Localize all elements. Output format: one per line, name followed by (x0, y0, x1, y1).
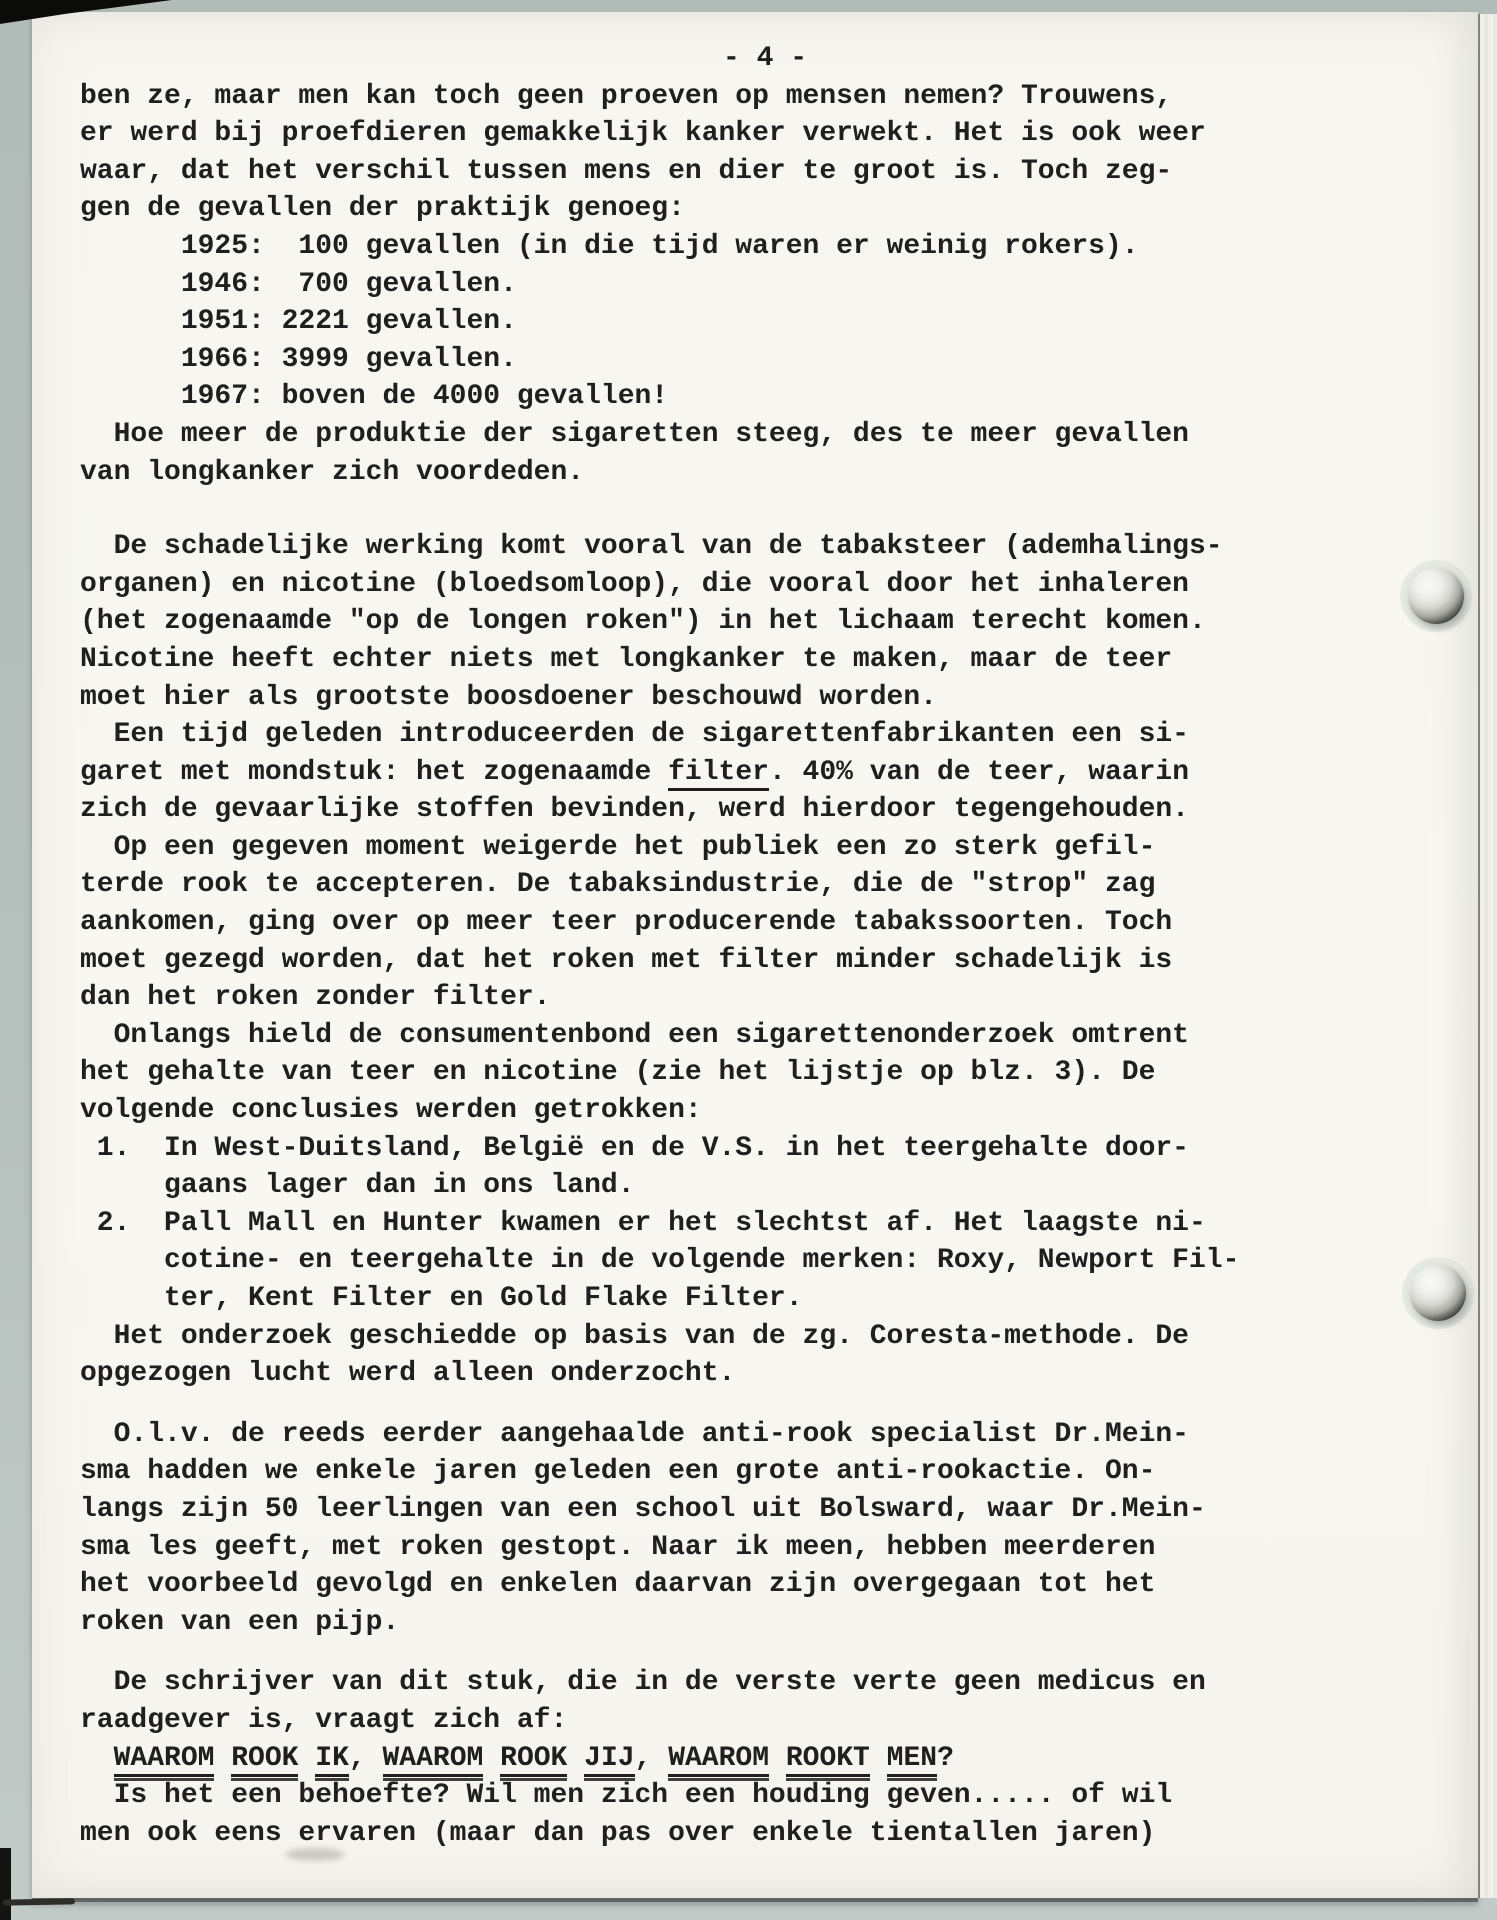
text-segment: terde rook te accepteren. De tabaksindus… (80, 869, 1155, 900)
text-segment: volgende conclusies werden getrokken: (80, 1095, 702, 1126)
underlined-text: IK (315, 1745, 349, 1777)
text-segment (214, 1743, 231, 1774)
text-line: aankomen, ging over op meer teer produce… (80, 904, 1239, 942)
underlined-text: ROOK (231, 1745, 298, 1777)
text-line: roken van een pijp. (80, 1604, 1239, 1642)
text-line: langs zijn 50 leerlingen van een school … (80, 1491, 1239, 1529)
scan-edge-mark-foot (3, 1898, 75, 1905)
text-segment: men ook eens ervaren (maar dan pas over … (80, 1818, 1155, 1849)
text-line: (het zogenaamde "op de longen roken") in… (80, 603, 1239, 641)
text-segment: Het onderzoek geschiedde op basis van de… (80, 1321, 1189, 1352)
text-line: sma les geeft, met roken gestopt. Naar i… (80, 1529, 1239, 1567)
text-segment: langs zijn 50 leerlingen van een school … (80, 1494, 1206, 1525)
text-line: Nicotine heeft echter niets met longkank… (80, 641, 1239, 679)
text-line: 1951: 2221 gevallen. (80, 303, 1239, 341)
text-segment: ben ze, maar men kan toch geen proeven o… (80, 81, 1172, 112)
text-segment: Is het een behoefte? Wil men zich een ho… (80, 1780, 1172, 1811)
text-segment: cotine- en teergehalte in de volgende me… (80, 1245, 1239, 1276)
text-line: garet met mondstuk: het zogenaamde filte… (80, 754, 1239, 792)
text-line: Een tijd geleden introduceerden de sigar… (80, 716, 1239, 754)
text-line: 1946: 700 gevallen. (80, 266, 1239, 304)
text-segment: Onlangs hield de consumentenbond een sig… (80, 1020, 1189, 1051)
text-line: moet hier als grootste boosdoener bescho… (80, 679, 1239, 717)
binder-fastener-top (1408, 568, 1464, 624)
text-segment: het voorbeeld gevolgd en enkelen daarvan… (80, 1569, 1155, 1600)
text-line: het voorbeeld gevolgd en enkelen daarvan… (80, 1566, 1239, 1604)
underlined-text: ROOK (500, 1745, 567, 1777)
page-number: - 4 - (80, 40, 1239, 78)
text-segment: 1. In West-Duitsland, België en de V.S. … (80, 1133, 1189, 1164)
text-segment: Nicotine heeft echter niets met longkank… (80, 644, 1172, 675)
text-segment: sma hadden we enkele jaren geleden een g… (80, 1456, 1155, 1487)
text-line: De schadelijke werking komt vooral van d… (80, 528, 1239, 566)
text-line: ter, Kent Filter en Gold Flake Filter. (80, 1280, 1239, 1318)
text-line: 2. Pall Mall en Hunter kwamen er het sle… (80, 1205, 1239, 1243)
ink-smudge (286, 1848, 344, 1861)
underlined-text: JIJ (584, 1745, 634, 1777)
text-line: sma hadden we enkele jaren geleden een g… (80, 1453, 1239, 1491)
text-segment: ter, Kent Filter en Gold Flake Filter. (80, 1283, 803, 1314)
text-segment: zich de gevaarlijke stoffen bevinden, we… (80, 794, 1189, 825)
text-segment: 1925: 100 gevallen (in die tijd waren er… (80, 231, 1139, 262)
text-line: 1967: boven de 4000 gevallen! (80, 378, 1239, 416)
text-segment: 1966: 3999 gevallen. (80, 344, 517, 375)
text-segment: het gehalte van teer en nicotine (zie he… (80, 1057, 1155, 1088)
paragraph-gap (80, 1641, 90, 1664)
underlined-text: WAAROM (114, 1745, 215, 1777)
text-segment: organen) en nicotine (bloedsomloop), die… (80, 569, 1189, 600)
text-segment: 1946: 700 gevallen. (80, 269, 517, 300)
text-segment: garet met mondstuk: het zogenaamde (80, 757, 668, 788)
text-line: ben ze, maar men kan toch geen proeven o… (80, 78, 1239, 116)
underlined-text: filter (668, 759, 769, 791)
text-segment: aankomen, ging over op meer teer produce… (80, 907, 1172, 938)
underlined-text: WAAROM (383, 1745, 484, 1777)
text-segment: De schadelijke werking komt vooral van d… (80, 531, 1223, 562)
text-segment: moet hier als grootste boosdoener bescho… (80, 682, 937, 713)
text-line: De schrijver van dit stuk, die in de ver… (80, 1664, 1239, 1702)
text-segment: . 40% van de teer, waarin (769, 757, 1189, 788)
document-content: - 4 - ben ze, maar men kan toch geen pro… (80, 40, 1239, 1852)
underlined-text: WAAROM (668, 1745, 769, 1777)
text-line: Op een gegeven moment weigerde het publi… (80, 829, 1239, 867)
text-segment: moet gezegd worden, dat het roken met fi… (80, 945, 1172, 976)
text-segment (870, 1743, 887, 1774)
text-line: van longkanker zich voordeden. (80, 454, 1239, 492)
text-segment: (het zogenaamde "op de longen roken") in… (80, 606, 1206, 637)
text-line: moet gezegd worden, dat het roken met fi… (80, 942, 1239, 980)
text-line: er werd bij proefdieren gemakkelijk kank… (80, 115, 1239, 153)
text-segment: Hoe meer de produktie der sigaretten ste… (80, 419, 1189, 450)
text-segment: gen de gevallen der praktijk genoeg: (80, 193, 685, 224)
text-line: gaans lager dan in ons land. (80, 1167, 1239, 1205)
text-line: zich de gevaarlijke stoffen bevinden, we… (80, 791, 1239, 829)
scanned-page: - 4 - ben ze, maar men kan toch geen pro… (0, 0, 1497, 1920)
text-segment: Een tijd geleden introduceerden de sigar… (80, 719, 1189, 750)
text-line: terde rook te accepteren. De tabaksindus… (80, 866, 1239, 904)
text-segment (298, 1743, 315, 1774)
text-body: ben ze, maar men kan toch geen proeven o… (80, 78, 1239, 1853)
text-segment (769, 1743, 786, 1774)
text-segment: 2. Pall Mall en Hunter kwamen er het sle… (80, 1208, 1206, 1239)
text-line: Is het een behoefte? Wil men zich een ho… (80, 1777, 1239, 1815)
text-segment: Op een gegeven moment weigerde het publi… (80, 832, 1155, 863)
page-stack-edge (1478, 14, 1497, 1898)
text-segment: ? (937, 1743, 954, 1774)
text-line: cotine- en teergehalte in de volgende me… (80, 1242, 1239, 1280)
text-segment (483, 1743, 500, 1774)
text-line: 1966: 3999 gevallen. (80, 341, 1239, 379)
text-segment: , (635, 1743, 669, 1774)
underlined-text: ROOKT (786, 1745, 870, 1777)
text-segment: roken van een pijp. (80, 1607, 399, 1638)
text-line: volgende conclusies werden getrokken: (80, 1092, 1239, 1130)
binder-fastener-bottom (1410, 1265, 1466, 1321)
text-segment (567, 1743, 584, 1774)
text-segment: dan het roken zonder filter. (80, 982, 550, 1013)
text-line: het gehalte van teer en nicotine (zie he… (80, 1054, 1239, 1092)
paragraph-gap (80, 1393, 90, 1416)
text-segment: sma les geeft, met roken gestopt. Naar i… (80, 1532, 1155, 1563)
text-line: dan het roken zonder filter. (80, 979, 1239, 1017)
text-line: 1. In West-Duitsland, België en de V.S. … (80, 1130, 1239, 1168)
text-line: O.l.v. de reeds eerder aangehaalde anti-… (80, 1416, 1239, 1454)
text-segment: De schrijver van dit stuk, die in de ver… (80, 1667, 1206, 1698)
text-segment (80, 1743, 114, 1774)
paragraph-gap (80, 491, 90, 528)
text-segment: er werd bij proefdieren gemakkelijk kank… (80, 118, 1206, 149)
text-segment: gaans lager dan in ons land. (80, 1170, 635, 1201)
text-segment: van longkanker zich voordeden. (80, 457, 584, 488)
text-line: organen) en nicotine (bloedsomloop), die… (80, 566, 1239, 604)
text-line: waar, dat het verschil tussen mens en di… (80, 153, 1239, 191)
text-segment: , (349, 1743, 383, 1774)
underlined-text: MEN (887, 1745, 937, 1777)
text-line: gen de gevallen der praktijk genoeg: (80, 190, 1239, 228)
text-segment: O.l.v. de reeds eerder aangehaalde anti-… (80, 1419, 1189, 1450)
text-segment: 1967: boven de 4000 gevallen! (80, 381, 668, 412)
text-line: Onlangs hield de consumentenbond een sig… (80, 1017, 1239, 1055)
text-line: Hoe meer de produktie der sigaretten ste… (80, 416, 1239, 454)
text-segment: waar, dat het verschil tussen mens en di… (80, 156, 1172, 187)
text-line: men ook eens ervaren (maar dan pas over … (80, 1815, 1239, 1853)
text-line: raadgever is, vraagt zich af: (80, 1702, 1239, 1740)
text-line: Het onderzoek geschiedde op basis van de… (80, 1318, 1239, 1356)
text-line: opgezogen lucht werd alleen onderzocht. (80, 1355, 1239, 1393)
text-line: WAAROM ROOK IK, WAAROM ROOK JIJ, WAAROM … (80, 1740, 1239, 1778)
scan-edge-mark (0, 1848, 11, 1920)
text-line: 1925: 100 gevallen (in die tijd waren er… (80, 228, 1239, 266)
text-segment: raadgever is, vraagt zich af: (80, 1705, 567, 1736)
text-segment: 1951: 2221 gevallen. (80, 306, 517, 337)
text-segment: opgezogen lucht werd alleen onderzocht. (80, 1358, 735, 1389)
